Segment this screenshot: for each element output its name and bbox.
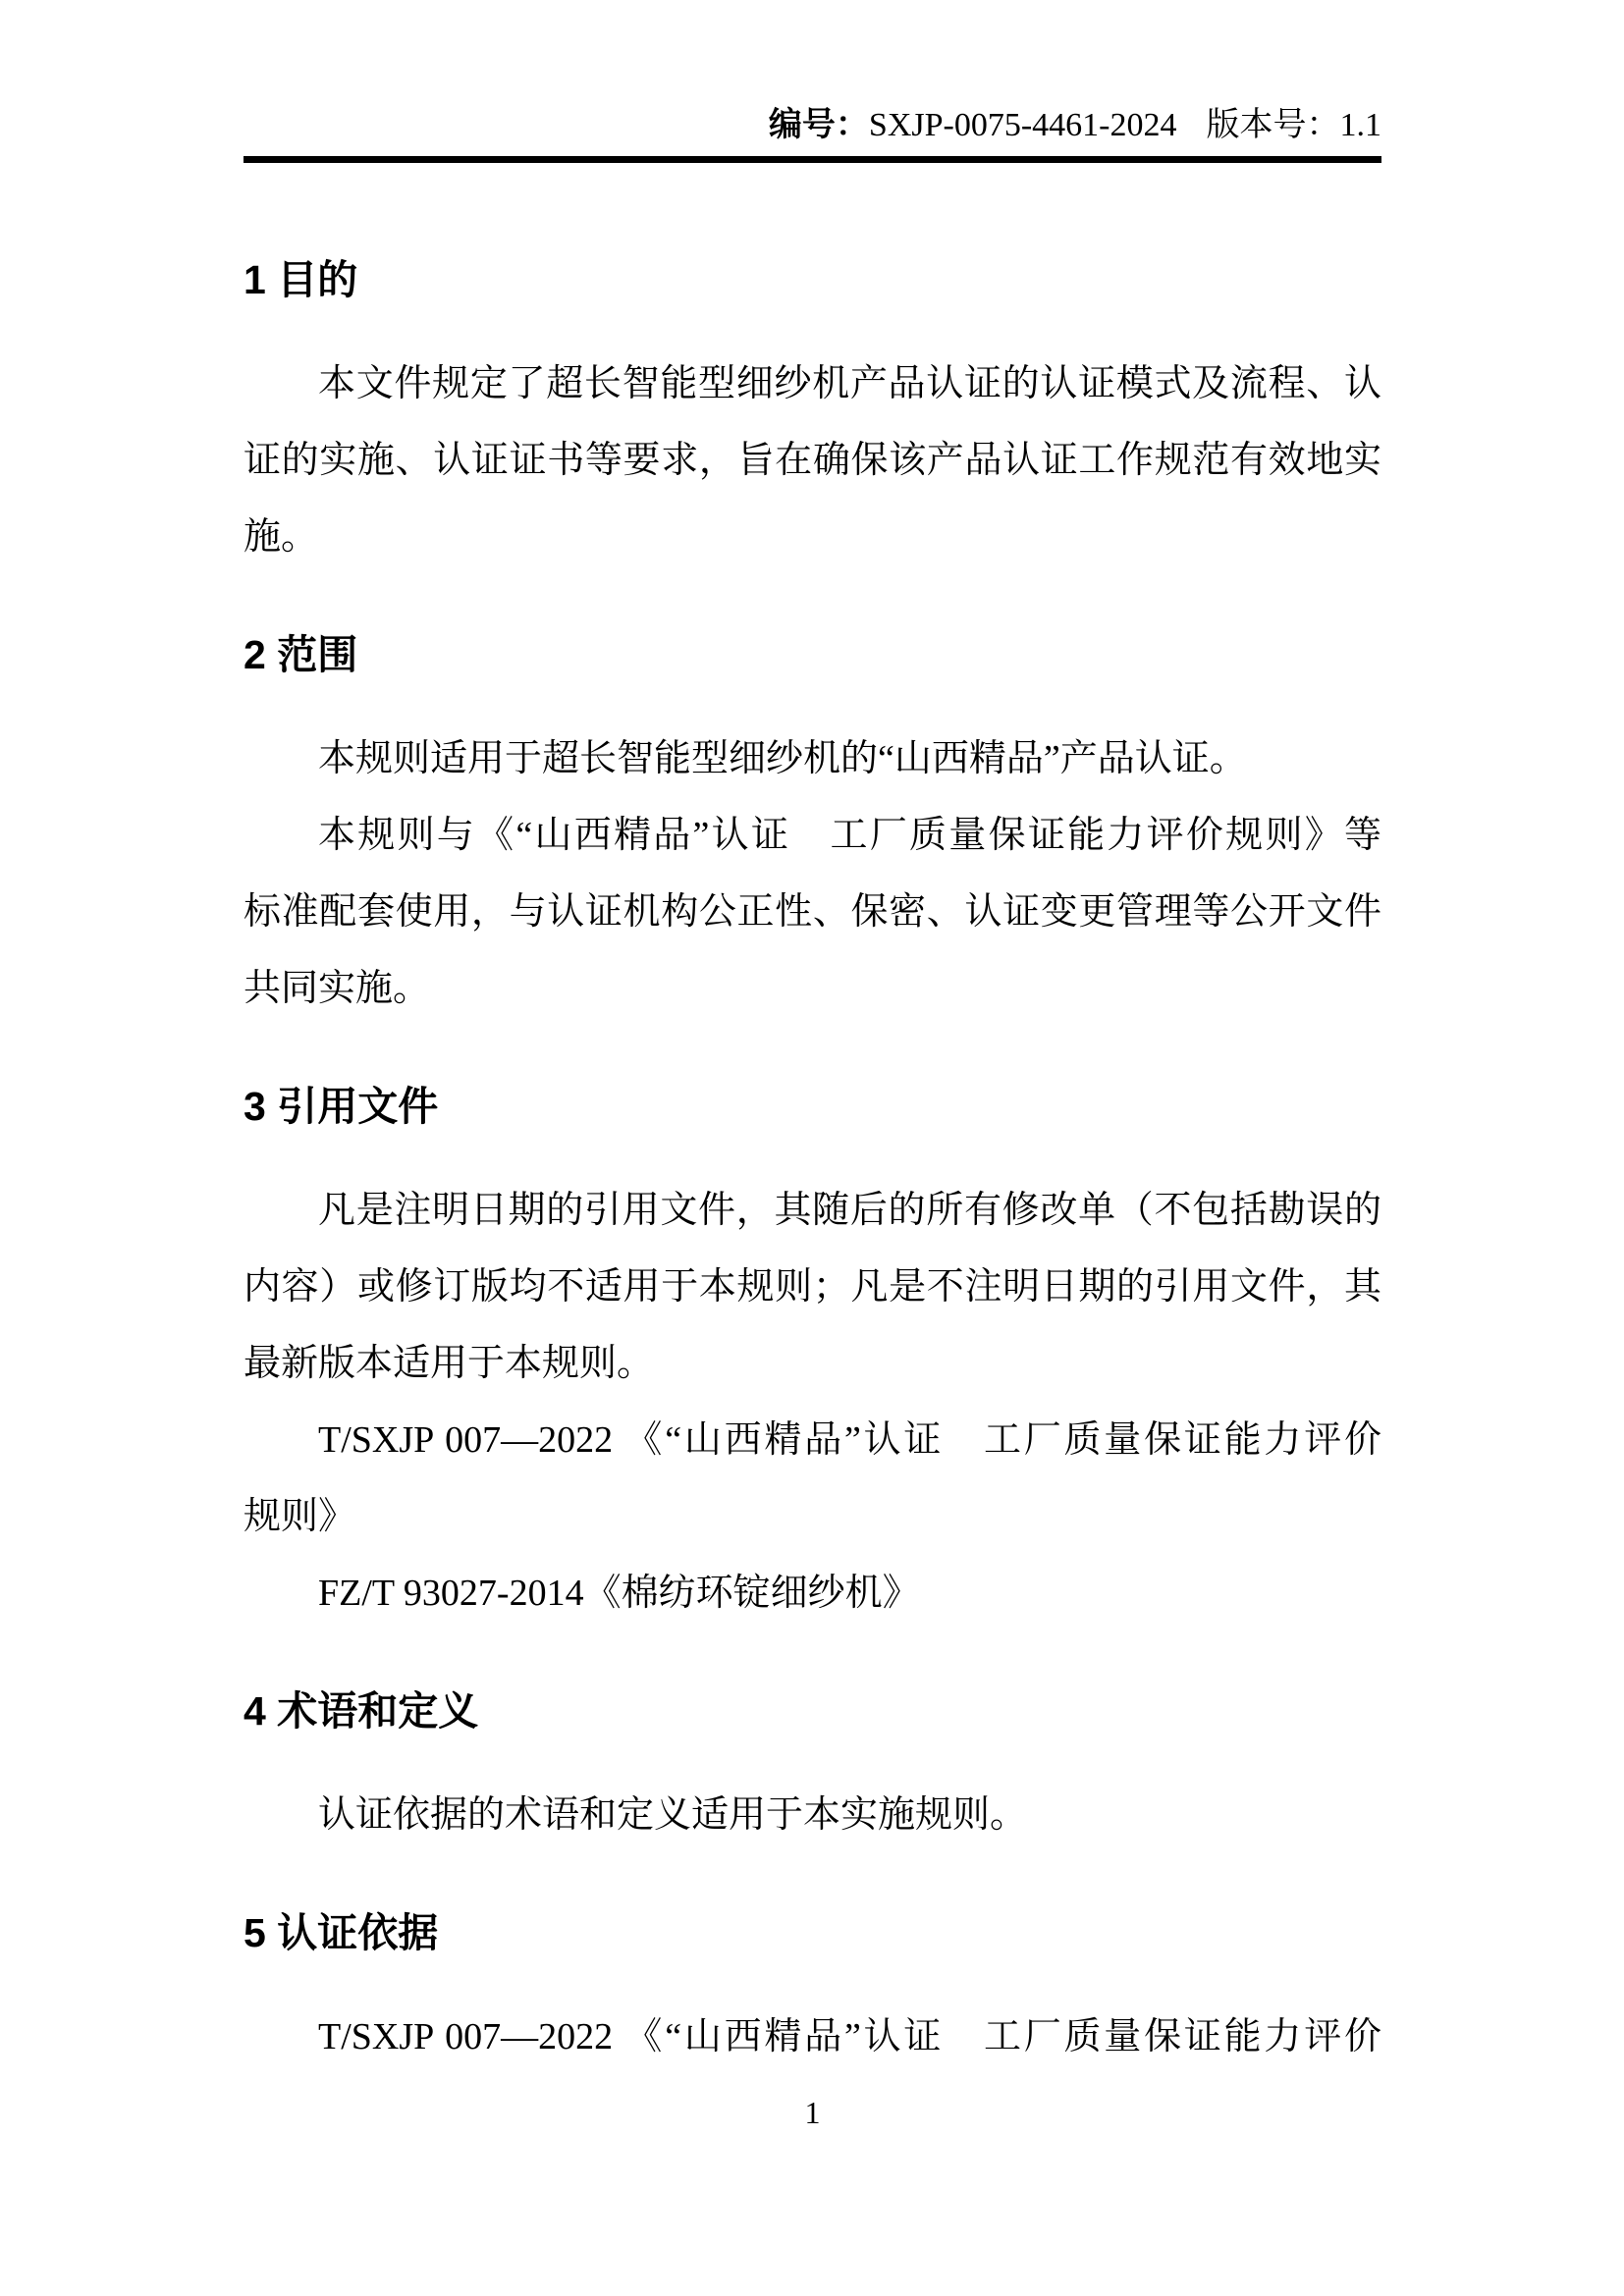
- paragraph: FZ/T 93027-2014《棉纺环锭细纱机》: [244, 1555, 1381, 1631]
- paragraph: 本规则适用于超长智能型细纱机的“山西精品”产品认证。: [244, 721, 1381, 797]
- paragraph-line: T/SXJP 007—2022 《“山西精品”认证 工厂质量保证能力评价: [244, 1402, 1381, 1478]
- paragraph: 认证依据的术语和定义适用于本实施规则。: [244, 1777, 1381, 1853]
- paragraph: 本文件规定了超长智能型细纱机产品认证的认证模式及流程、认证的实施、认证证书等要求…: [244, 346, 1381, 575]
- version-value: 1.1: [1340, 107, 1382, 143]
- version-label: 版本号：: [1207, 107, 1340, 143]
- paragraph-line: 本规则与《“山西精品”认证 工厂质量保证能力评价规则》等: [244, 797, 1381, 874]
- paragraph-line: 最新版本适用于本规则。: [244, 1325, 1381, 1402]
- section: 2 范围本规则适用于超长智能型细纱机的“山西精品”产品认证。本规则与《“山西精品…: [244, 616, 1381, 1027]
- paragraph-line: 标准配套使用，与认证机构公正性、保密、认证变更管理等公开文件: [244, 874, 1381, 950]
- document-body: 1 目的本文件规定了超长智能型细纱机产品认证的认证模式及流程、认证的实施、认证证…: [244, 163, 1381, 2075]
- paragraph-line: 内容）或修订版均不适用于本规则；凡是不注明日期的引用文件，其: [244, 1249, 1381, 1325]
- paragraph: 凡是注明日期的引用文件，其随后的所有修改单（不包括勘误的内容）或修订版均不适用于…: [244, 1172, 1381, 1402]
- document-page: 编号：SXJP-0075-4461-2024版本号：1.1 1 目的本文件规定了…: [0, 0, 1624, 2296]
- page-footer: 1: [244, 2091, 1381, 2134]
- section: 5 认证依据T/SXJP 007—2022 《“山西精品”认证 工厂质量保证能力…: [244, 1895, 1381, 2075]
- section: 1 目的本文件规定了超长智能型细纱机产品认证的认证模式及流程、认证的实施、认证证…: [244, 241, 1381, 575]
- paragraph-line: 凡是注明日期的引用文件，其随后的所有修改单（不包括勘误的: [244, 1172, 1381, 1249]
- paragraph: T/SXJP 007—2022 《“山西精品”认证 工厂质量保证能力评价: [244, 1999, 1381, 2075]
- section-heading: 2 范围: [244, 616, 1381, 693]
- doc-number-value: SXJP-0075-4461-2024: [869, 107, 1177, 143]
- section: 3 引用文件凡是注明日期的引用文件，其随后的所有修改单（不包括勘误的内容）或修订…: [244, 1068, 1381, 1631]
- section: 4 术语和定义认证依据的术语和定义适用于本实施规则。: [244, 1673, 1381, 1853]
- paragraph-line: 证的实施、认证证书等要求，旨在确保该产品认证工作规范有效地实: [244, 422, 1381, 499]
- section-heading: 5 认证依据: [244, 1895, 1381, 1971]
- header-divider: [244, 156, 1381, 163]
- paragraph-line: 施。: [244, 499, 1381, 575]
- paragraph-line: 规则》: [244, 1478, 1381, 1555]
- section-heading: 3 引用文件: [244, 1068, 1381, 1145]
- paragraph-line: 本规则适用于超长智能型细纱机的“山西精品”产品认证。: [244, 721, 1381, 797]
- document-header: 编号：SXJP-0075-4461-2024版本号：1.1: [244, 104, 1381, 147]
- section-heading: 4 术语和定义: [244, 1673, 1381, 1749]
- paragraph-line: 本文件规定了超长智能型细纱机产品认证的认证模式及流程、认: [244, 346, 1381, 422]
- section-heading: 1 目的: [244, 241, 1381, 318]
- paragraph-line: FZ/T 93027-2014《棉纺环锭细纱机》: [244, 1555, 1381, 1631]
- paragraph: 本规则与《“山西精品”认证 工厂质量保证能力评价规则》等标准配套使用，与认证机构…: [244, 797, 1381, 1027]
- paragraph-line: 共同实施。: [244, 950, 1381, 1027]
- page-number: 1: [805, 2095, 821, 2130]
- paragraph-line: 认证依据的术语和定义适用于本实施规则。: [244, 1777, 1381, 1853]
- doc-number-label: 编号：: [769, 106, 869, 143]
- paragraph: T/SXJP 007—2022 《“山西精品”认证 工厂质量保证能力评价规则》: [244, 1402, 1381, 1555]
- paragraph-line: T/SXJP 007—2022 《“山西精品”认证 工厂质量保证能力评价: [244, 1999, 1381, 2075]
